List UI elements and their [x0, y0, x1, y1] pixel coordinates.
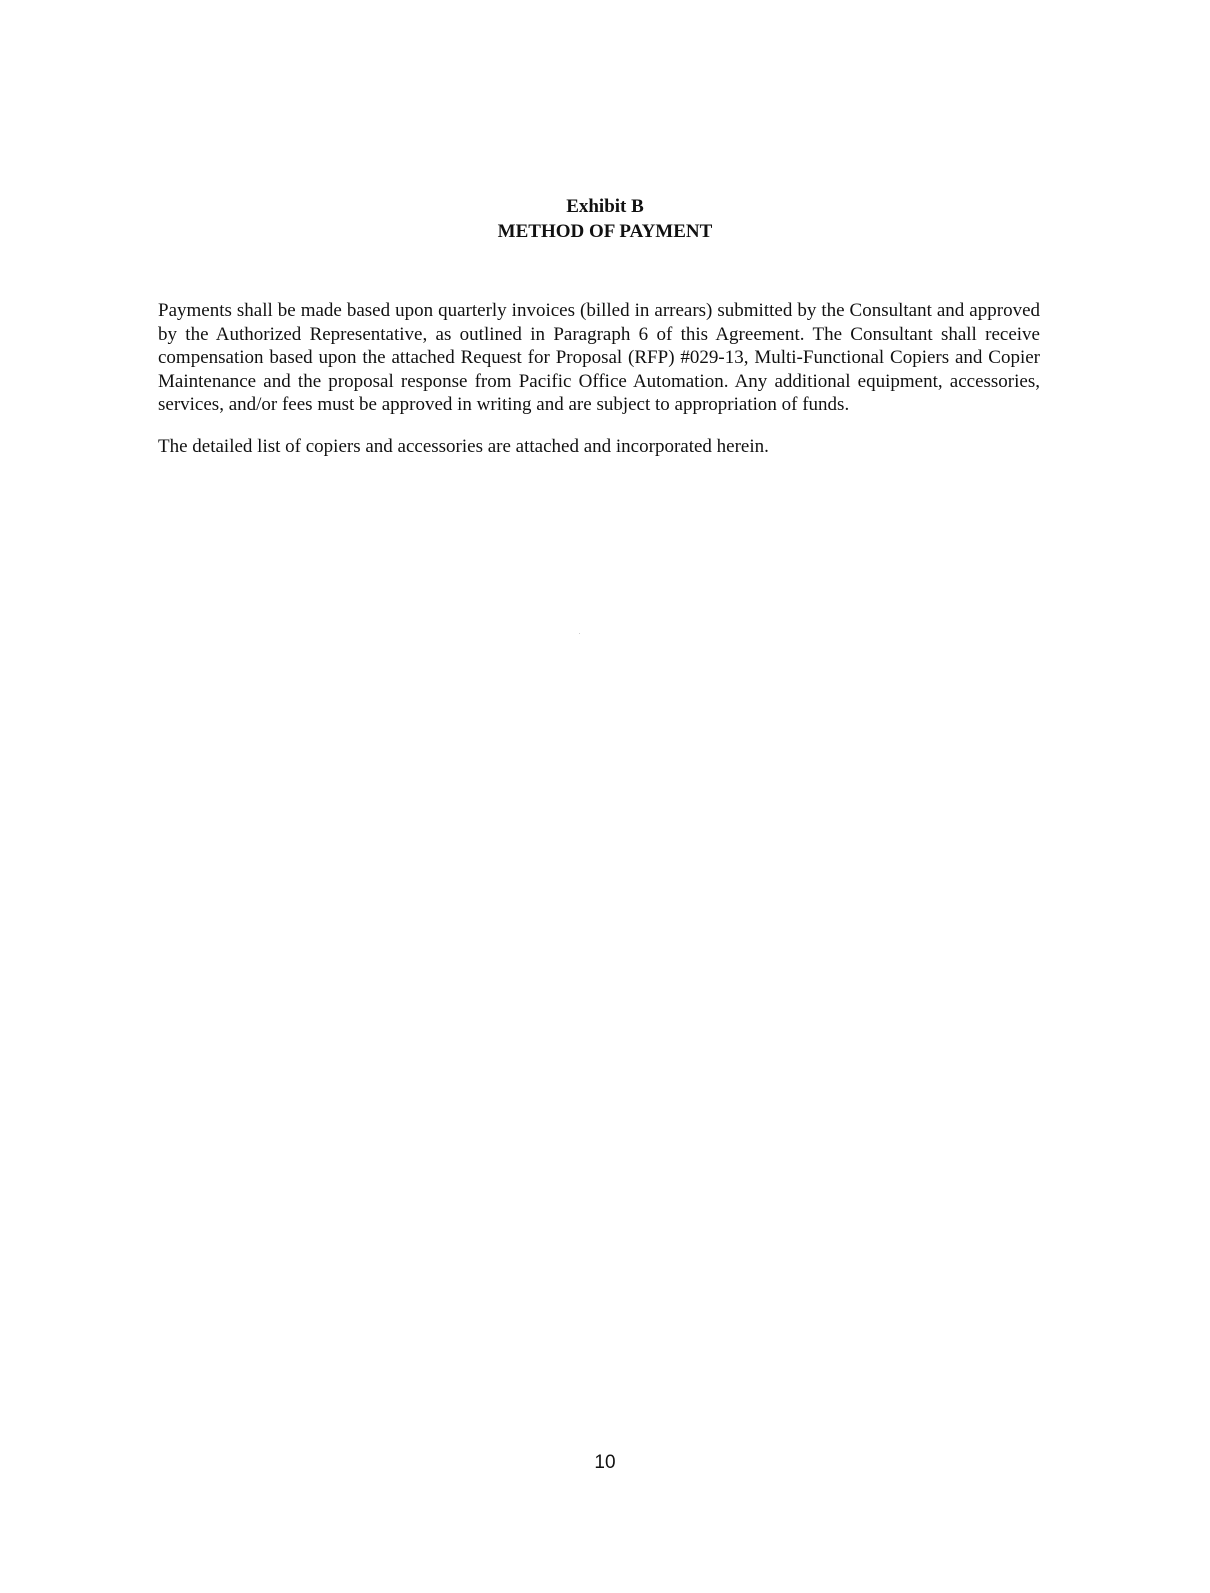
attachments-paragraph: The detailed list of copiers and accesso…: [158, 435, 1040, 459]
payment-terms-paragraph: Payments shall be made based upon quarte…: [158, 299, 1040, 417]
exhibit-label: Exhibit B: [0, 194, 1210, 219]
page-title: METHOD OF PAYMENT: [0, 219, 1210, 244]
exhibit-heading: Exhibit B METHOD OF PAYMENT: [0, 194, 1210, 244]
page-number: 10: [0, 1452, 1210, 1474]
document-page: Exhibit B METHOD OF PAYMENT Payments sha…: [0, 0, 1210, 1593]
scan-speck: [579, 633, 580, 634]
